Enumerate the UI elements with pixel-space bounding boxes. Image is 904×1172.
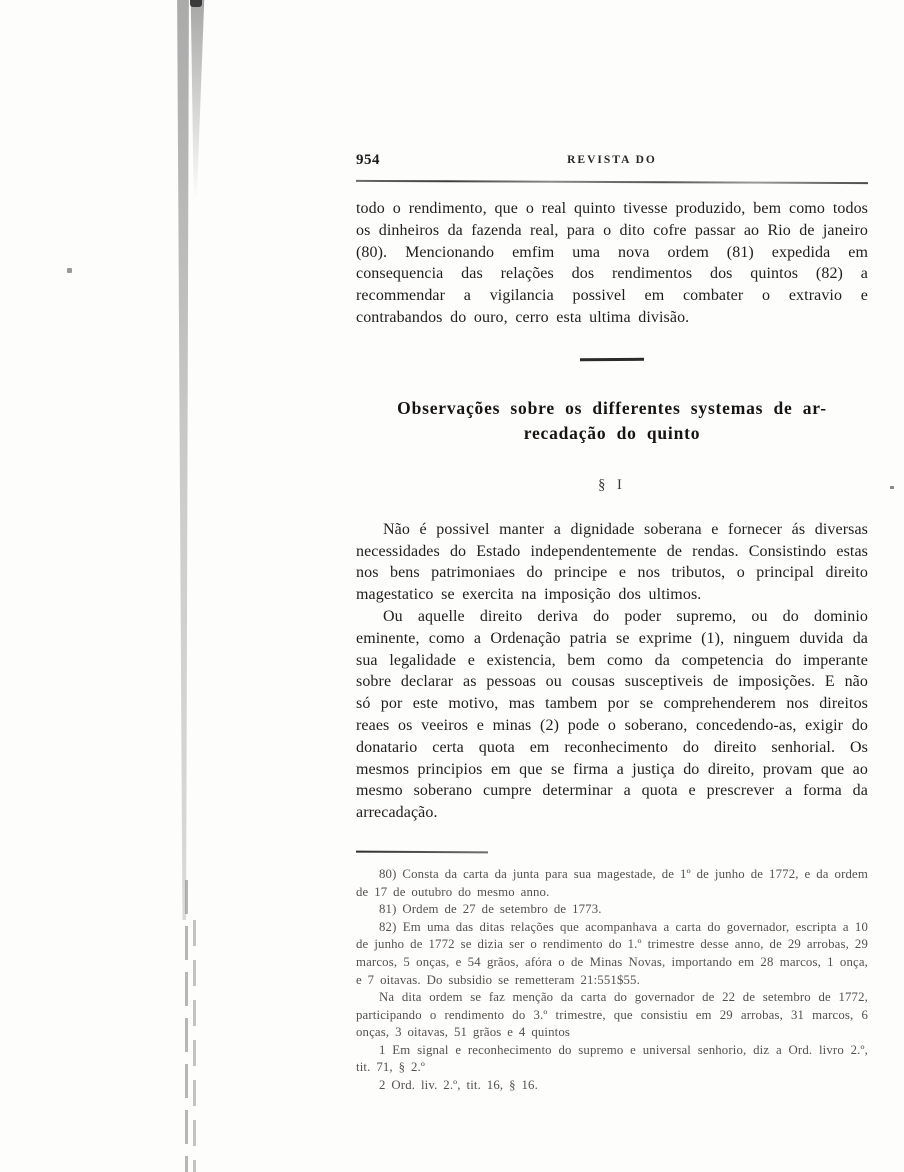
page-header: 954 REVISTA DO <box>356 152 868 172</box>
scan-speck <box>67 268 72 273</box>
scanned-book-page: 954 REVISTA DO todo o rendimento, que o … <box>0 0 904 1172</box>
footnote: 80) Consta da carta da junta para sua ma… <box>356 866 868 901</box>
footnote-rule <box>356 851 488 854</box>
footnote: 82) Em uma das ditas relações que acompa… <box>356 919 868 989</box>
section-heading-line1: Observações sobre os differentes systema… <box>356 396 868 421</box>
section-heading: Observações sobre os differentes systema… <box>356 396 868 446</box>
section-heading-line2: recadação do quinto <box>356 421 868 446</box>
footnote: 81) Ordem de 27 de setembro de 1773. <box>356 901 868 919</box>
binding-shadow-artifact <box>190 0 202 7</box>
footnote: 2 Ord. liv. 2.º, tit. 16, § 16. <box>356 1077 868 1095</box>
binding-shadow-artifact <box>185 880 188 1172</box>
footnote: Na dita ordem se faz menção da carta do … <box>356 989 868 1042</box>
footnotes-section: 80) Consta da carta da junta para sua ma… <box>356 866 868 1095</box>
running-title: REVISTA DO <box>356 154 868 166</box>
body-paragraph-continuation: todo o rendimento, que o real quinto tiv… <box>356 198 868 329</box>
section-mark: § I <box>356 477 868 494</box>
scan-speck <box>890 486 894 489</box>
body-paragraph: Não é possivel manter a dignidade sobera… <box>356 519 868 606</box>
header-rule <box>356 180 868 184</box>
binding-shadow-artifact <box>193 920 196 1172</box>
section-divider-rule <box>580 358 644 361</box>
body-paragraph: Ou aquelle direito deriva do poder supre… <box>356 606 868 824</box>
printed-text-block: 954 REVISTA DO todo o rendimento, que o … <box>356 152 868 1095</box>
footnote: 1 Em signal e reconhecimento do supremo … <box>356 1042 868 1077</box>
binding-shadow-artifact <box>190 0 205 200</box>
binding-shadow-artifact <box>176 0 190 920</box>
